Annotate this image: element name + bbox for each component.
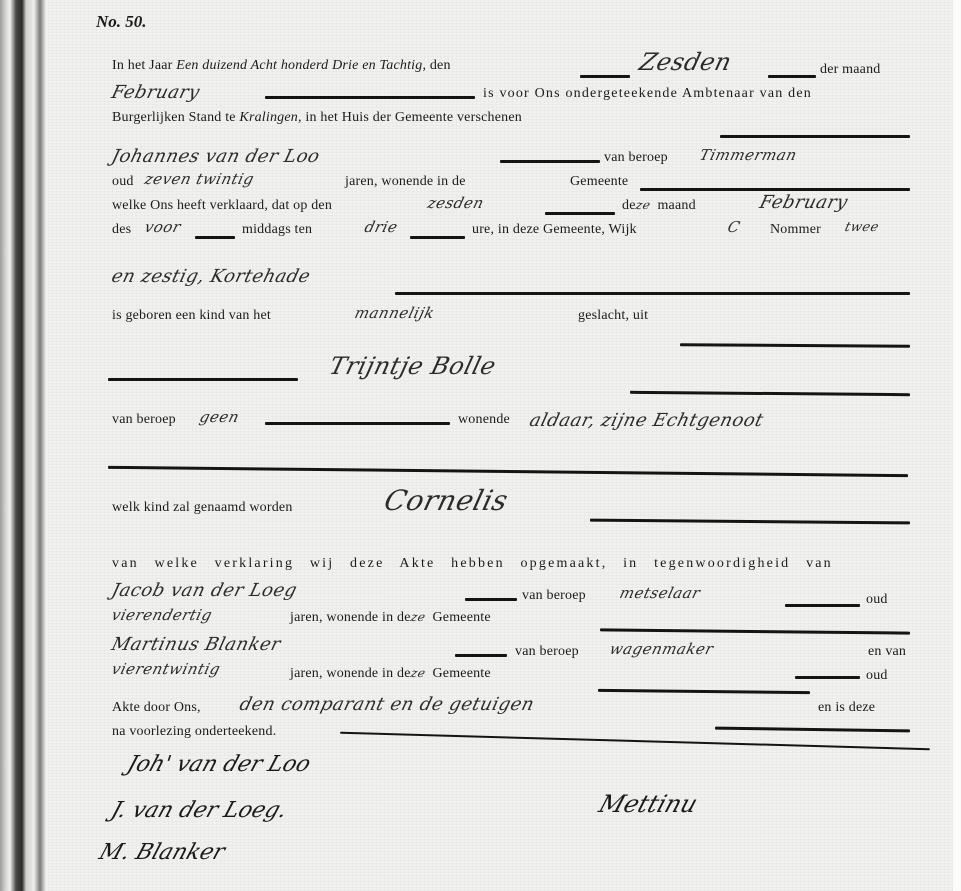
fill-line: [410, 236, 465, 239]
fill-line: [340, 732, 930, 750]
handwritten-text: February: [757, 192, 850, 213]
printed-text: van beroep: [604, 150, 668, 166]
handwritten-text: Martinus Blanker: [109, 634, 283, 655]
printed-text: jaren, wonende in de: [290, 610, 411, 625]
line-1: In het Jaar Een duizend Acht honderd Dri…: [112, 58, 451, 74]
handwritten-time-of-day: voor: [145, 218, 181, 237]
printed-text: jaren, wonende in deze Gemeente: [290, 666, 491, 682]
fill-line: [720, 135, 910, 138]
handwritten-witness2-name: Martinus Blanker: [112, 634, 280, 655]
handwritten-signers: den comparant en de getuigen: [240, 694, 534, 715]
printed-text: des: [112, 222, 131, 238]
handwritten-address: en zestig, Kortehade: [112, 266, 310, 287]
handwritten-residence: aldaar, zijne Echtgenoot: [530, 410, 763, 431]
handwritten-house-number: twee: [845, 218, 879, 236]
printed-text: , den: [422, 58, 450, 73]
printed-text: Gemeente: [432, 610, 490, 625]
handwritten-mother-occupation: geen: [200, 408, 239, 427]
printed-text: Gemeente: [432, 666, 490, 681]
fill-line: [795, 676, 860, 679]
printed-text: , in het Huis der Gemeente verschenen: [298, 110, 522, 125]
fill-line: [455, 654, 507, 657]
printed-text: oud: [866, 592, 888, 608]
handwritten-wijk: C: [728, 218, 740, 237]
handwritten-text: zeven twintig: [143, 170, 256, 188]
signature-witness1: J. van der Loeg.: [108, 798, 290, 823]
printed-text: oud: [112, 174, 134, 190]
handwritten-text: Zesden: [637, 48, 735, 76]
handwritten-text: Trijntje Bolle: [327, 352, 500, 380]
printed-place: Kralingen: [239, 110, 298, 125]
handwritten-text: ze: [409, 610, 427, 624]
printed-text: en is deze: [818, 700, 875, 716]
fill-line: [195, 236, 235, 239]
fill-line: [265, 96, 475, 99]
handwritten-text: drie: [363, 218, 400, 236]
signature-witness2: M. Blanker: [96, 840, 228, 865]
handwritten-day: Zesden: [640, 48, 731, 76]
handwritten-text: twee: [843, 220, 880, 235]
handwritten-witness1-name: Jacob van der Loeg: [112, 580, 297, 601]
fill-line: [590, 519, 910, 525]
printed-text: en van: [868, 644, 906, 660]
fill-line: [580, 75, 630, 78]
handwritten-child-name: Cornelis: [385, 484, 508, 517]
printed-text: welk kind zal genaamd worden: [112, 500, 293, 516]
fill-line: [265, 422, 450, 425]
handwritten-father-name: Johannes van der Loo: [112, 146, 320, 167]
printed-text: is voor Ons ondergeteekende Ambtenaar va…: [483, 86, 812, 102]
handwritten-witness2-occupation: wagenmaker: [610, 640, 713, 659]
handwritten-birth-month: February: [760, 192, 847, 213]
handwritten-text: Timmerman: [698, 146, 799, 164]
handwritten-occupation: Timmerman: [700, 146, 797, 165]
printed-year: Een duizend Acht honderd Drie en Tachtig: [176, 58, 422, 73]
printed-text: jaren, wonende in de: [290, 666, 411, 681]
handwritten-text: C: [726, 218, 742, 236]
printed-text: van beroep: [112, 412, 176, 428]
printed-text: deze maand: [622, 198, 696, 214]
printed-text: ure, in deze Gemeente, Wijk: [472, 222, 637, 238]
printed-text: maand: [657, 198, 695, 213]
handwritten-witness2-age: vierentwintig: [112, 660, 220, 679]
handwritten-sex: mannelijk: [355, 304, 434, 323]
book-binding-edge: [0, 0, 48, 891]
printed-text: na voorlezing onderteekend.: [112, 724, 276, 740]
handwritten-text: wagenmaker: [608, 640, 716, 658]
scanned-document-page: No. 50. In het Jaar Een duizend Acht hon…: [0, 0, 961, 891]
handwritten-text: geen: [198, 408, 242, 426]
fill-line: [598, 689, 810, 694]
fill-line: [630, 391, 910, 396]
printed-text: middags ten: [242, 222, 312, 238]
handwritten-age: zeven twintig: [145, 170, 254, 189]
handwritten-text: ze: [409, 666, 427, 680]
printed-text: Nommer: [770, 222, 821, 238]
handwritten-text: ze: [634, 198, 652, 212]
handwritten-birth-day: zesden: [428, 194, 484, 213]
fill-line: [500, 160, 600, 163]
handwritten-text: Jacob van der Loeg: [109, 580, 299, 601]
handwritten-text: den comparant en de getuigen: [237, 694, 536, 715]
handwritten-witness1-occupation: metselaar: [620, 584, 700, 603]
handwritten-text: Johannes van der Loo: [109, 146, 322, 167]
printed-text: Akte door Ons,: [112, 700, 201, 716]
printed-text: jaren, wonende in deze Gemeente: [290, 610, 491, 626]
printed-text: Gemeente: [570, 174, 628, 190]
handwritten-text: zesden: [426, 194, 486, 212]
signature-registrar: Mettinu: [595, 790, 701, 818]
signature-father: Joh' van der Loo: [124, 752, 314, 777]
fill-line: [680, 343, 910, 348]
certificate-number: No. 50.: [96, 12, 147, 32]
fill-line: [465, 598, 517, 601]
printed-text: van beroep: [515, 644, 579, 660]
printed-text: der maand: [820, 62, 881, 78]
handwritten-text: en zestig, Kortehade: [109, 266, 312, 287]
page-edge: [953, 0, 961, 891]
printed-text: In het Jaar: [112, 58, 173, 73]
fill-line: [108, 466, 908, 477]
fill-line: [768, 75, 816, 78]
handwritten-month: February: [112, 82, 199, 103]
handwritten-text: Cornelis: [381, 484, 512, 517]
fill-line: [395, 292, 910, 295]
printed-text: jaren, wonende in de: [345, 174, 466, 190]
printed-text: van beroep: [522, 588, 586, 604]
handwritten-text: voor: [143, 218, 183, 236]
handwritten-text: vierentwintig: [110, 660, 223, 678]
printed-text: oud: [866, 668, 888, 684]
handwritten-text: aldaar, zijne Echtgenoot: [527, 410, 765, 431]
fill-line: [640, 188, 910, 191]
handwritten-text: mannelijk: [353, 304, 437, 322]
handwritten-witness1-age: vierendertig: [112, 606, 212, 625]
fill-line: [785, 604, 860, 607]
handwritten-text: February: [109, 82, 202, 103]
handwritten-text: vierendertig: [110, 606, 214, 624]
printed-text: wonende: [458, 412, 510, 428]
handwritten-hour: drie: [365, 218, 397, 237]
fill-line: [108, 378, 298, 381]
printed-text: welke Ons heeft verklaard, dat op den: [112, 198, 332, 214]
fill-line: [715, 727, 910, 733]
fill-line: [600, 628, 910, 634]
printed-text: is geboren een kind van het: [112, 308, 271, 324]
line-3: Burgerlijken Stand te Kralingen, in het …: [112, 110, 522, 126]
handwritten-text: metselaar: [618, 584, 703, 602]
printed-text: Burgerlijken Stand te: [112, 110, 236, 125]
handwritten-mother-name: Trijntje Bolle: [330, 352, 496, 380]
printed-text: van welke verklaring wij deze Akte hebbe…: [112, 556, 833, 572]
printed-text: geslacht, uit: [578, 308, 648, 324]
fill-line: [545, 212, 615, 215]
